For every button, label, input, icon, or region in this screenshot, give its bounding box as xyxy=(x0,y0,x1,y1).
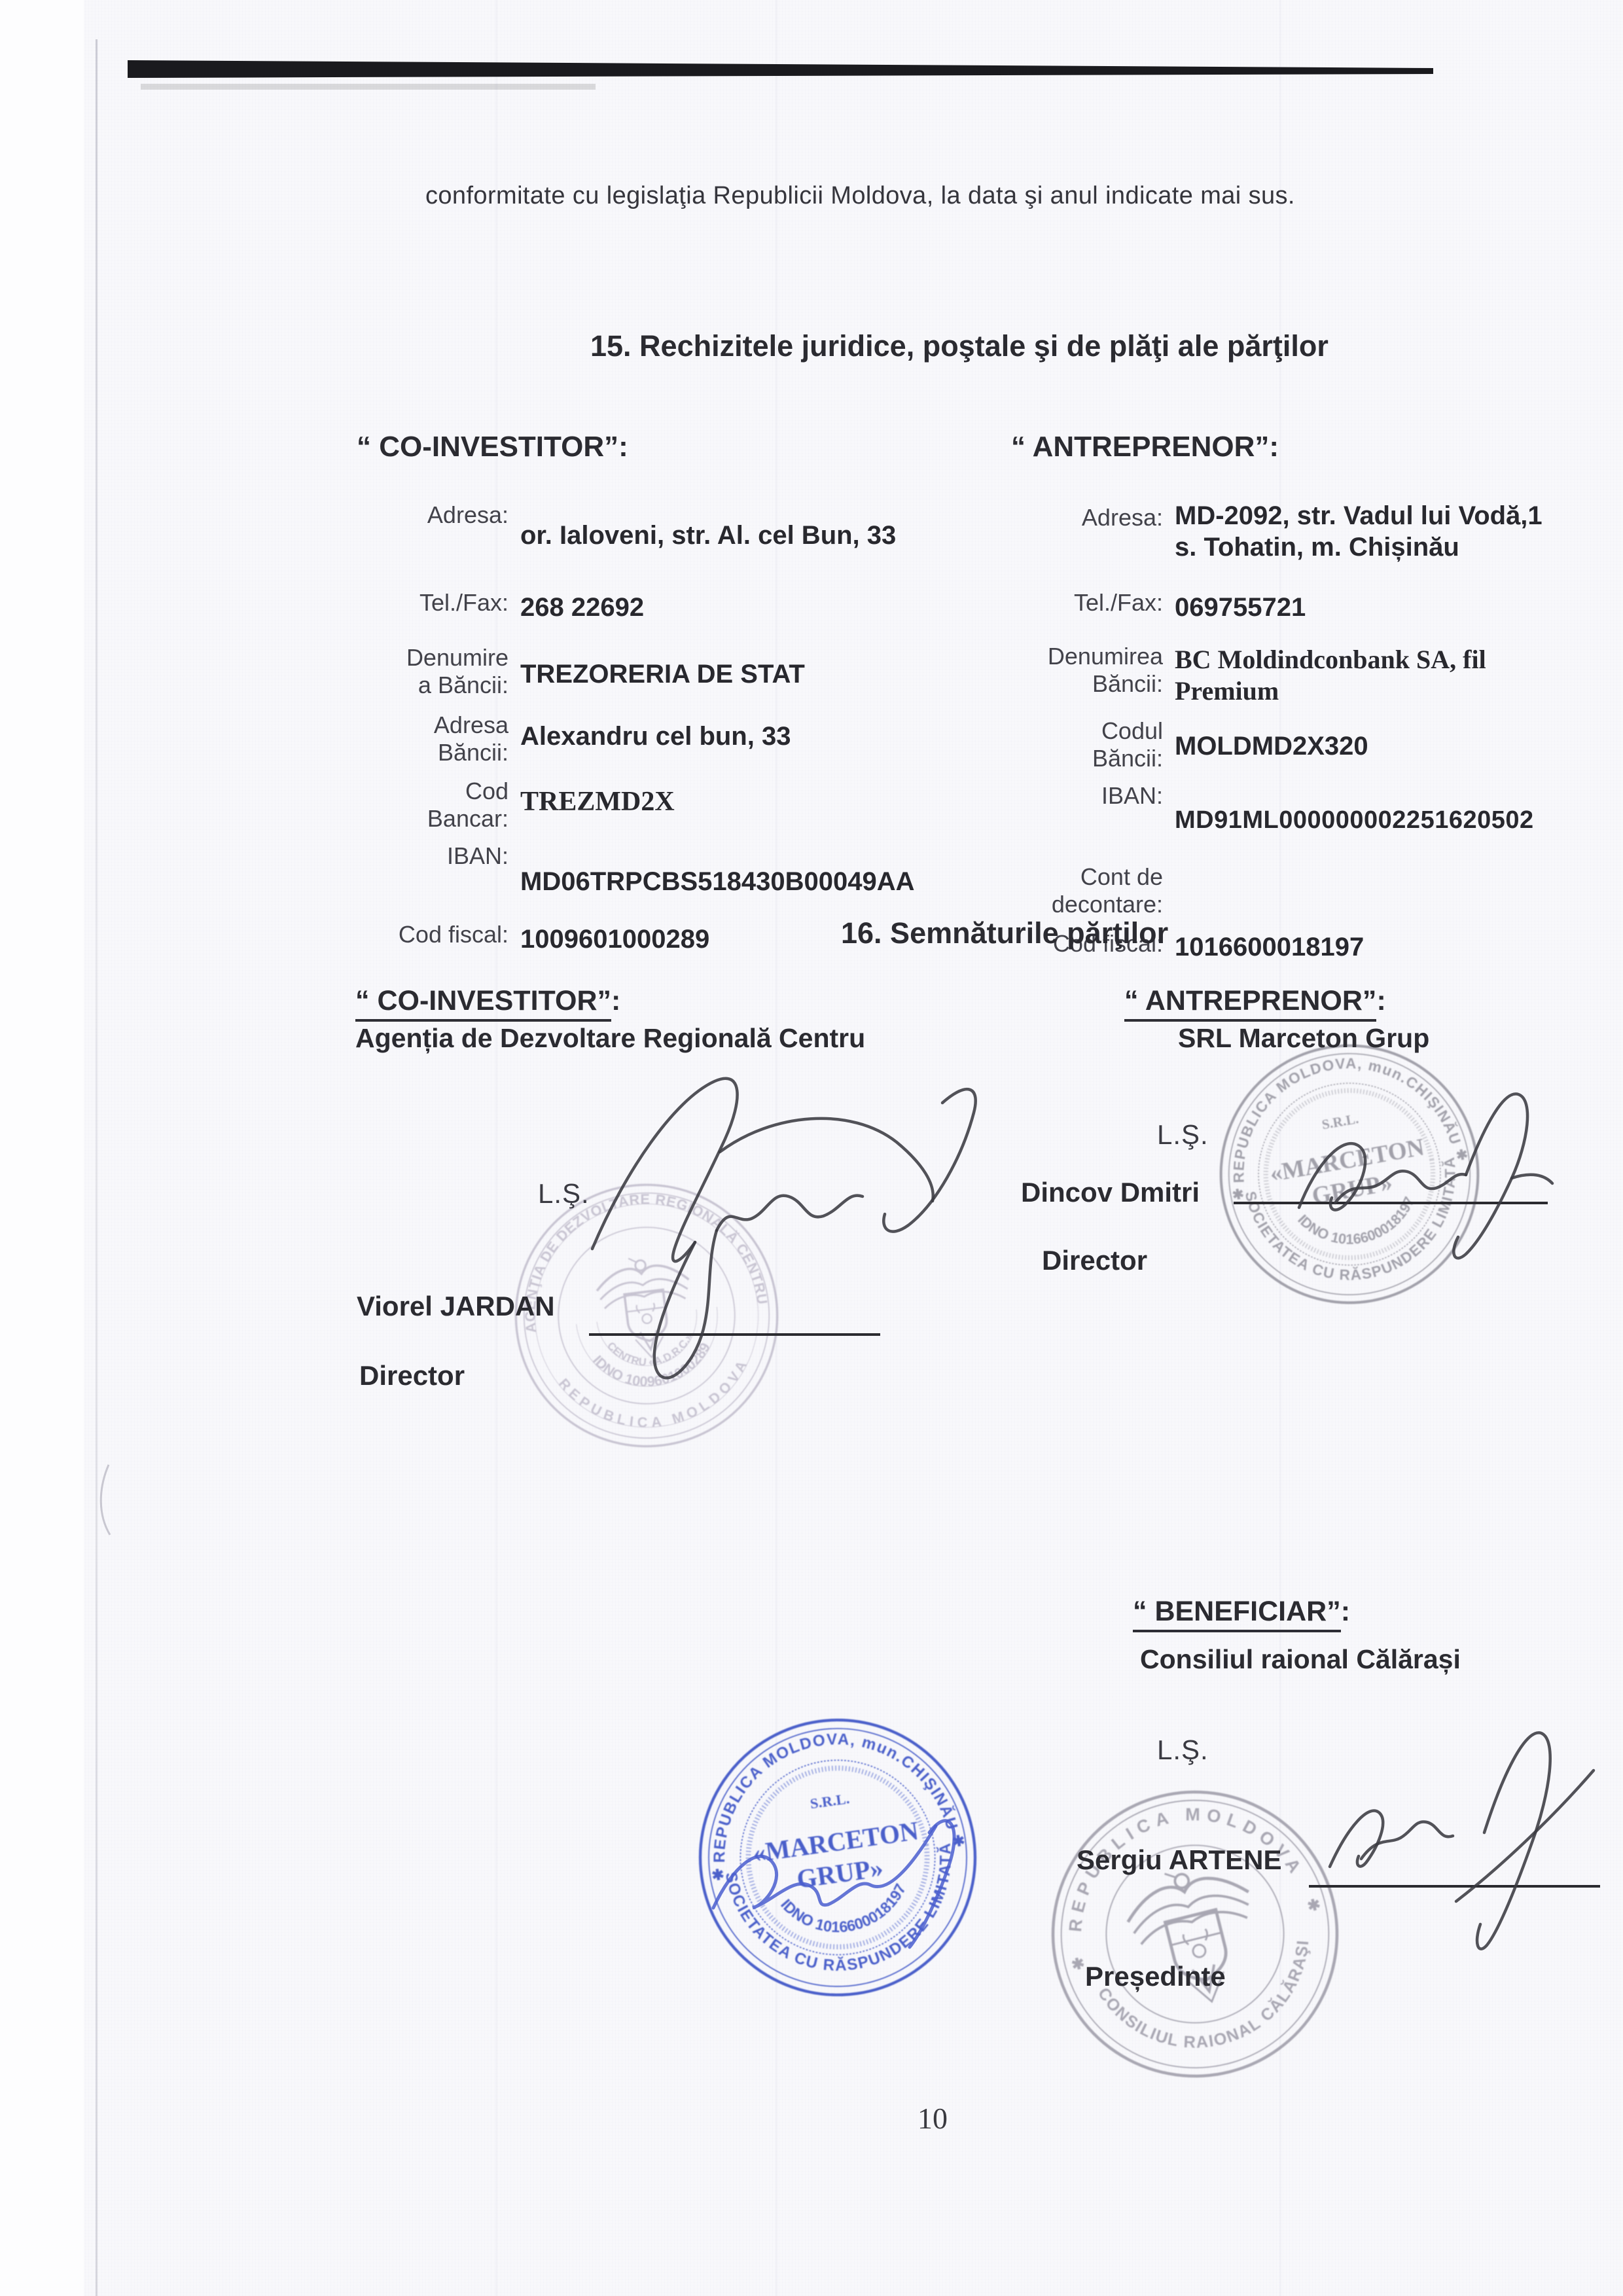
field-value-codul-bancii: MOLDMD2X320 xyxy=(1175,730,1607,773)
consiliul-calarasi-stamp: REPUBLICA MOLDOVA CONSILIUL RAIONAL CĂLĂ… xyxy=(1016,1755,1374,2113)
marceton-gray-srl: S.R.L. xyxy=(1321,1111,1360,1132)
marceton-blue-idno: IDNO 1016600018197 xyxy=(776,1879,914,1944)
field-value-cont-decontare xyxy=(1175,863,1607,919)
sig-antreprenor-heading-underline: “ ANTREPRENOR” xyxy=(1124,985,1376,1022)
antreprenor-ls: L.Ş. xyxy=(1157,1119,1209,1151)
antreprenor-org: SRL Marceton Grup xyxy=(1178,1023,1429,1054)
field-label-adresa-bancii: Adresa Băncii: xyxy=(357,711,508,767)
scan-edge-echo xyxy=(141,84,596,90)
field-label-iban: IBAN: xyxy=(1011,782,1163,836)
sig-beneficiar-heading-underline: “ BENEFICIAR” xyxy=(1133,1596,1341,1632)
scanned-contract-page: conformitate cu legislaţia Republicii Mo… xyxy=(0,0,1623,2296)
beneficiar-org: Consiliul raional Călărași xyxy=(1140,1644,1461,1675)
field-value-denumirea-bancii: BC Moldindconbank SA, fil Premium xyxy=(1175,644,1607,707)
field-label-adresa: Adresa: xyxy=(357,501,508,551)
co-investitor-rows: Adresa: or. Ialoveni, str. Al. cel Bun, … xyxy=(357,470,978,955)
marceton-gray-stamp: REPUBLICA MOLDOVA, mun.CHIŞINĂU SOCIETAT… xyxy=(1196,1021,1503,1327)
field-label-cod-fiscal: Cod fiscal: xyxy=(357,921,508,955)
antreprenor-heading: “ ANTREPRENOR”: xyxy=(1011,431,1607,463)
calarasi-ring-bottom: CONSILIUL RAIONAL CĂLĂRAŞI xyxy=(1093,1934,1333,2075)
scan-edge-artifact xyxy=(128,60,1433,78)
sig-co-investitor-heading: “ CO-INVESTITOR”: xyxy=(355,985,620,1017)
field-label-adresa: Adresa: xyxy=(1011,504,1163,563)
field-label-cont-decontare: Cont de decontare: xyxy=(1011,863,1163,919)
antreprenor-role: Director xyxy=(1042,1245,1147,1276)
marceton-blue-star-right: ✱ xyxy=(952,1832,966,1850)
co-investitor-org: Agenția de Dezvoltare Regională Centru xyxy=(355,1023,865,1054)
field-label-telfax: Tel./Fax: xyxy=(1011,589,1163,623)
field-value-adresa-bancii: Alexandru cel bun, 33 xyxy=(520,721,978,767)
field-label-telfax: Tel./Fax: xyxy=(357,589,508,623)
antreprenor-rows: Adresa: MD-2092, str. Vadul lui Vodă,1 s… xyxy=(1011,470,1607,963)
co-investitor-heading: “ CO-INVESTITOR”: xyxy=(357,431,978,463)
co-investitor-name: Viorel JARDAN xyxy=(357,1291,555,1322)
field-label-denumire-bancii: Denumire a Băncii: xyxy=(357,644,508,700)
field-value-cod-bancar: TREZMD2X xyxy=(520,785,978,833)
beneficiar-ls: L.Ş. xyxy=(1157,1734,1209,1766)
page-edge-line xyxy=(96,39,98,2296)
calarasi-star-left: ✱ xyxy=(1070,1954,1087,1974)
field-label-codul-bancii: Codul Băncii: xyxy=(1011,717,1163,773)
marceton-blue-stamp: REPUBLICA MOLDOVA, mun.CHIŞINĂU SOCIETAT… xyxy=(678,1698,997,2017)
field-value-iban: MD91ML000000002251620502 xyxy=(1175,806,1607,836)
field-value-iban: MD06TRPCBS518430B00049AA xyxy=(520,866,978,897)
artene-signature xyxy=(1330,1732,1594,1948)
co-investitor-ls: L.Ş. xyxy=(538,1178,590,1210)
calarasi-coat-of-arms xyxy=(1119,1855,1272,2017)
sig-co-investitor-heading-underline: “ CO-INVESTITOR” xyxy=(355,985,611,1022)
marceton-blue-srl: S.R.L. xyxy=(809,1790,850,1812)
field-label-iban: IBAN: xyxy=(357,842,508,897)
paper-smudge xyxy=(101,1465,110,1535)
field-value-adresa: or. Ialoveni, str. Al. cel Bun, 33 xyxy=(520,520,978,551)
beneficiar-role: Președinte xyxy=(1085,1961,1226,1992)
sig-beneficiar-heading: “ BENEFICIAR”: xyxy=(1133,1596,1350,1628)
field-value-denumire-bancii: TREZORERIA DE STAT xyxy=(520,658,978,700)
antreprenor-requisites: “ ANTREPRENOR”: Adresa: MD-2092, str. Va… xyxy=(1011,431,1607,963)
intro-paragraph: conformitate cu legislaţia Republicii Mo… xyxy=(425,182,1295,210)
field-value-adresa: MD-2092, str. Vadul lui Vodă,1 s. Tohati… xyxy=(1175,500,1607,563)
calarasi-star-right: ✱ xyxy=(1306,1895,1323,1915)
field-value-telfax: 268 22692 xyxy=(520,592,978,623)
sig-co-investitor-heading-colon: : xyxy=(611,985,620,1016)
scan-streak xyxy=(495,0,497,2296)
sig-antreprenor-heading: “ ANTREPRENOR”: xyxy=(1124,985,1386,1017)
marceton-gray-star-left: ✱ xyxy=(1231,1187,1245,1204)
co-investitor-requisites: “ CO-INVESTITOR”: Adresa: or. Ialoveni, … xyxy=(357,431,978,955)
co-investitor-role: Director xyxy=(359,1360,465,1391)
page-number: 10 xyxy=(918,2101,948,2136)
field-label-denumirea-bancii: Denumirea Băncii: xyxy=(1011,643,1163,707)
antreprenor-name: Dincov Dmitri xyxy=(1021,1177,1200,1208)
sig-antreprenor-heading-colon: : xyxy=(1376,985,1385,1016)
section16-title: 16. Semnăturile părţilor xyxy=(841,916,1168,950)
section15-title: 15. Rechizitele juridice, poştale şi de … xyxy=(590,329,1329,363)
marceton-blue-star-left: ✱ xyxy=(711,1866,725,1884)
sig-beneficiar-heading-colon: : xyxy=(1341,1596,1350,1627)
field-value-cod-fiscal: 1016600018197 xyxy=(1175,931,1607,963)
beneficiar-name: Sergiu ARTENE xyxy=(1077,1844,1281,1876)
field-label-cod-bancar: Cod Bancar: xyxy=(357,778,508,833)
field-value-telfax: 069755721 xyxy=(1175,592,1607,623)
scanner-margin-strip xyxy=(0,0,84,2296)
